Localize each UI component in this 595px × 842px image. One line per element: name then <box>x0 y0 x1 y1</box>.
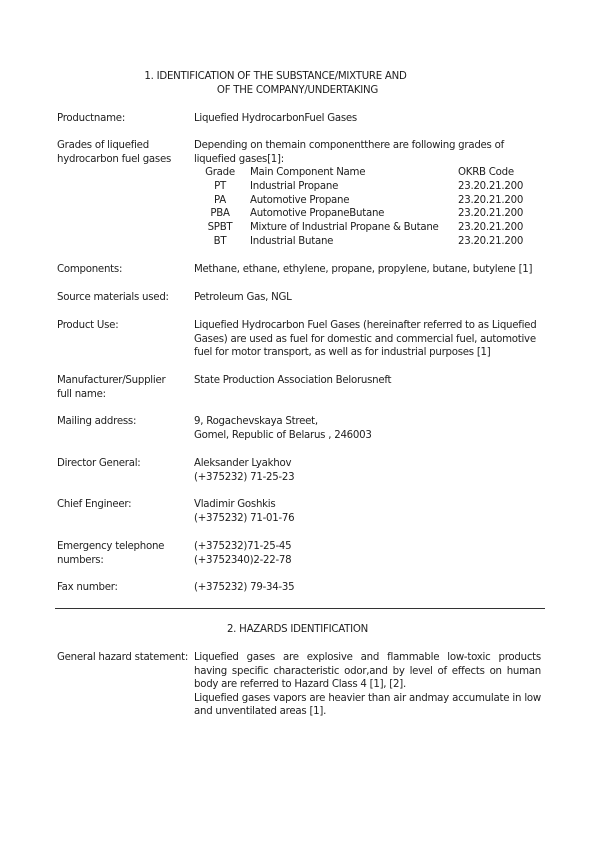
okrb-code: 23.20.21.200 <box>458 221 523 235</box>
product-use-label: Product Use: <box>57 319 118 333</box>
director-label: Director General: <box>57 457 141 471</box>
sds-page: 1. IDENTIFICATION OF THE SUBSTANCE/MIXTU… <box>0 0 595 842</box>
product-use-value: Liquefied Hydrocarbon Fuel Gases (herein… <box>194 319 536 360</box>
grade-code: PA <box>194 194 246 208</box>
product-name-value: Liquefied HydrocarbonFuel Gases <box>194 112 357 126</box>
general-hazard-value: Liquefied gases are explosive and flamma… <box>194 651 541 719</box>
section1-title-line1: 1. IDENTIFICATION OF THE SUBSTANCE/MIXTU… <box>0 70 573 84</box>
chief-engineer-value: Vladimir Goshkis (+375232) 71-01-76 <box>194 498 294 525</box>
grade-name: Industrial Propane <box>250 180 338 194</box>
source-label: Source materials used: <box>57 291 169 305</box>
grade-name: Automotive Propane <box>250 194 349 208</box>
grade-code: BT <box>194 235 246 249</box>
general-hazard-label: General hazard statement: <box>57 651 188 665</box>
section2-title: 2. HAZARDS IDENTIFICATION <box>0 623 595 637</box>
okrb-code: 23.20.21.200 <box>458 194 523 208</box>
components-value: Methane, ethane, ethylene, propane, prop… <box>194 263 532 277</box>
okrb-code: 23.20.21.200 <box>458 180 523 194</box>
fax-value: (+375232) 79-34-35 <box>194 581 294 595</box>
grade-name: Automotive PropaneButane <box>250 207 384 221</box>
okrb-code: 23.20.21.200 <box>458 235 523 249</box>
director-value: Aleksander Lyakhov (+375232) 71-25-23 <box>194 457 294 484</box>
fax-label: Fax number: <box>57 581 118 595</box>
grade-code: PBA <box>194 207 246 221</box>
manufacturer-label: Manufacturer/Supplier full name: <box>57 374 165 401</box>
emergency-value: (+375232)71-25-45 (+3752340)2-22-78 <box>194 540 291 567</box>
mailing-address-label: Mailing address: <box>57 415 136 429</box>
source-value: Petroleum Gas, NGL <box>194 291 292 305</box>
grades-label: Grades of liquefied hydrocarbon fuel gas… <box>57 139 171 166</box>
manufacturer-value: State Production Association Belorusneft <box>194 374 391 388</box>
chief-engineer-label: Chief Engineer: <box>57 498 131 512</box>
grade-name: Industrial Butane <box>250 235 333 249</box>
section1-title-line2: OF THE COMPANY/UNDERTAKING <box>0 84 595 98</box>
mailing-address-value: 9, Rogachevskaya Street, Gomel, Republic… <box>194 415 372 442</box>
okrb-code: 23.20.21.200 <box>458 207 523 221</box>
grade-code: PT <box>194 180 246 194</box>
grades-intro: Depending on themain componentthere are … <box>194 139 504 166</box>
components-label: Components: <box>57 263 122 277</box>
section-divider <box>55 608 545 609</box>
product-name-label: Productname: <box>57 112 125 126</box>
emergency-label: Emergency telephone numbers: <box>57 540 164 567</box>
grade-name: Mixture of Industrial Propane & Butane <box>250 221 439 235</box>
grade-code: SPBT <box>194 221 246 235</box>
